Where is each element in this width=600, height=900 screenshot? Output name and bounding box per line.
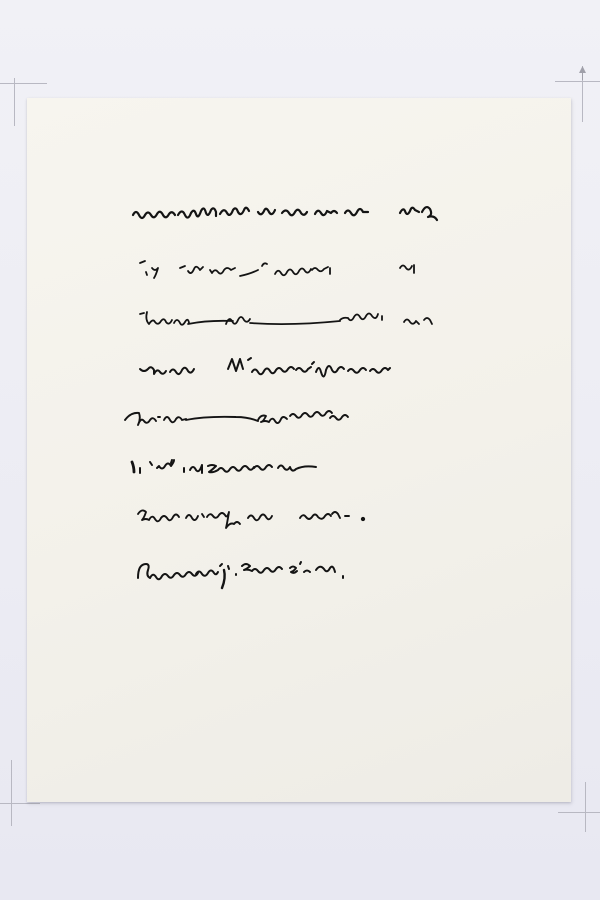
writing-line-5 bbox=[125, 411, 348, 425]
writing-line-3 bbox=[140, 312, 432, 325]
asemic-writing bbox=[0, 0, 600, 900]
writing-line-2 bbox=[140, 261, 414, 278]
writing-line-4 bbox=[140, 358, 390, 377]
writing-line-1 bbox=[133, 207, 437, 220]
writing-line-6 bbox=[132, 460, 316, 473]
writing-line-7 bbox=[138, 510, 364, 528]
writing-line-8 bbox=[138, 562, 343, 588]
